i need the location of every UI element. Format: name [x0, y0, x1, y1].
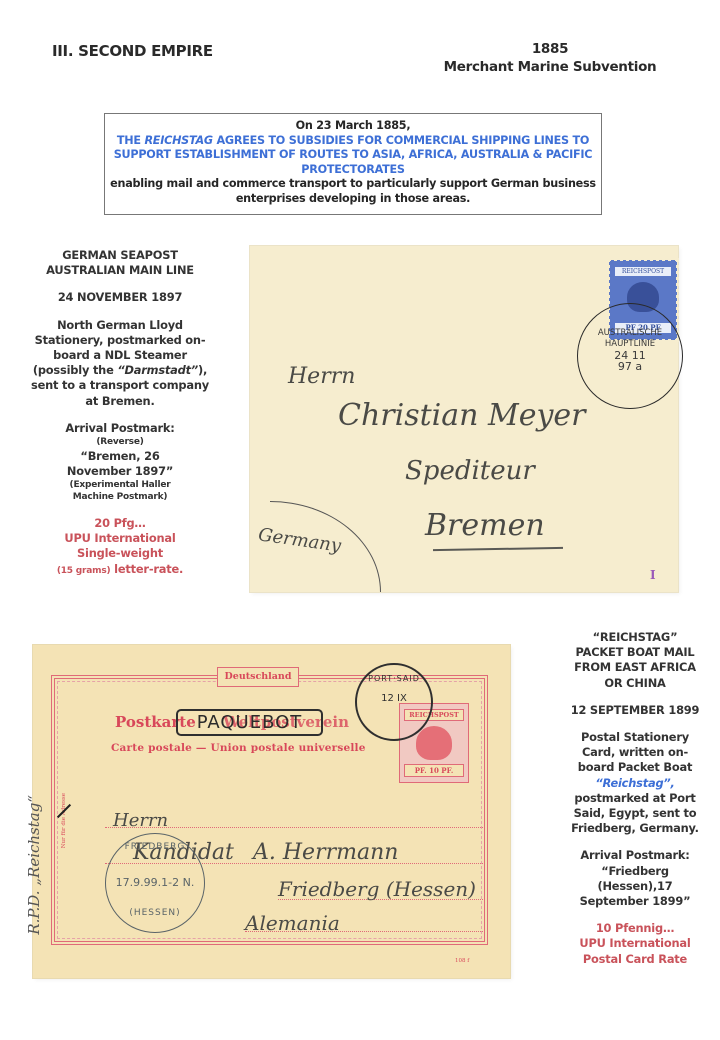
item2-rate-type: UPU International Postal Card Rate [565, 936, 705, 966]
item2-arrival-label: Arrival Postmark: [565, 848, 705, 863]
envelope-cover: REICHSPOST PF 20 PF AUSTRALISCHE HAUPTLI… [250, 246, 678, 592]
violet-mark: I [650, 568, 656, 582]
item2-arrival-value: “Friedberg (Hessen),17 September 1899” [565, 864, 705, 910]
item1-desc-ship: “Darmstadt” [117, 363, 198, 377]
address-name: Christian Meyer [338, 398, 586, 433]
intro-headline-prefix: THE [117, 134, 145, 147]
card-title-fr: Carte postale — Union postale universell… [111, 742, 366, 754]
item1-rate-letter: letter-rate. [110, 562, 183, 576]
address-city: Bremen [425, 508, 545, 543]
item2-desc-b: postmarked at Port Said, Egypt, sent to … [571, 791, 699, 835]
item2-description: Postal Stationery Card, written on-board… [565, 730, 705, 836]
card-country-label: Deutschland [217, 667, 299, 687]
heading-year: 1885 [400, 40, 700, 58]
indicium-value-label: PF. 10 PF. [404, 764, 464, 777]
item1-title-2: AUSTRALIAN MAIN LINE [20, 263, 220, 278]
intro-headline-reichstag: REICHSTAG [144, 134, 212, 147]
item2-notes: “REICHSTAG” PACKET BOAT MAIL FROM EAST A… [565, 630, 705, 967]
intro-headline: THE REICHSTAG AGREES TO SUBSIDIES FOR CO… [105, 134, 601, 178]
item2-desc-ship: “Reichstag”, [595, 776, 674, 790]
friedberg-postmark: FRIEDBERG 17.9.99.1-2 N. (HESSEN) [105, 833, 205, 933]
postal-card: Deutschland Postkarte Weltpostverein Car… [33, 645, 510, 978]
item1-rate-weight: (15 grams) letter-rate. [20, 562, 220, 578]
paquebot-cachet: PAQUEBOT [176, 709, 323, 736]
friedberg-date: 17.9.99.1-2 N. [106, 876, 204, 889]
port-said-date: 12 IX [357, 693, 431, 704]
eagle-icon [416, 726, 452, 760]
item1-rate-type: UPU International Single-weight [20, 531, 220, 561]
item1-rate-amount: 20 Pfg… [20, 516, 220, 531]
ship-annotation: R.P.D. „Reichstag“ [25, 795, 43, 935]
stamp-top-label: REICHSPOST [615, 267, 671, 276]
item2-title-1: “REICHSTAG” [565, 630, 705, 645]
item1-arrival-value: “Bremen, 26 November 1897” [20, 449, 220, 479]
card-address-name: A. Herrmann [253, 840, 398, 865]
item2-desc-a: Postal Stationery Card, written on-board… [578, 730, 693, 774]
postmark-line-1: AUSTRALISCHE [578, 328, 682, 339]
friedberg-region: (HESSEN) [106, 908, 204, 918]
item1-rate-small: (15 grams) [57, 566, 111, 576]
friedberg-name: FRIEDBERG [106, 842, 204, 852]
item2-date: 12 SEPTEMBER 1899 [565, 703, 705, 718]
print-code: 108 f [455, 958, 469, 964]
item1-arrival-note: (Reverse) [20, 436, 220, 449]
item1-arrival-detail: (Experimental Haller Machine Postmark) [20, 479, 220, 504]
postmark-year: 97 a [578, 361, 682, 372]
port-said-postmark: PORT·SAID 12 IX [355, 663, 433, 741]
section-title: III. SECOND EMPIRE [52, 42, 213, 60]
item2-rate-amount: 10 Pfennig… [565, 921, 705, 936]
intro-box: On 23 March 1885, THE REICHSTAG AGREES T… [104, 113, 602, 215]
item1-date: 24 NOVEMBER 1897 [20, 290, 220, 305]
address-only-note: Nur für die Adresse [61, 793, 67, 848]
item1-title-1: GERMAN SEAPOST [20, 248, 220, 263]
card-address-city: Friedberg (Hessen) [278, 877, 476, 901]
address-salutation: Herrn [288, 364, 355, 389]
port-said-name: PORT·SAID [357, 673, 431, 684]
intro-description: enabling mail and commerce transport to … [105, 177, 601, 206]
page-heading: 1885 Merchant Marine Subvention [400, 40, 700, 76]
card-address-salutation: Herrn [113, 810, 168, 831]
seapost-postmark: AUSTRALISCHE HAUPTLINIE 24 11 97 a [577, 303, 683, 409]
city-underline [433, 547, 563, 551]
address-occupation: Spediteur [405, 456, 535, 486]
intro-date: On 23 March 1885, [105, 119, 601, 134]
card-address-country: Alemania [245, 911, 340, 935]
item1-notes: GERMAN SEAPOST AUSTRALIAN MAIN LINE 24 N… [20, 248, 220, 577]
item1-arrival-label: Arrival Postmark: [20, 421, 220, 436]
item2-title-2: PACKET BOAT MAIL FROM EAST AFRICA OR CHI… [565, 645, 705, 691]
heading-subject: Merchant Marine Subvention [400, 58, 700, 76]
item1-description: North German Lloyd Stationery, postmarke… [20, 318, 220, 409]
